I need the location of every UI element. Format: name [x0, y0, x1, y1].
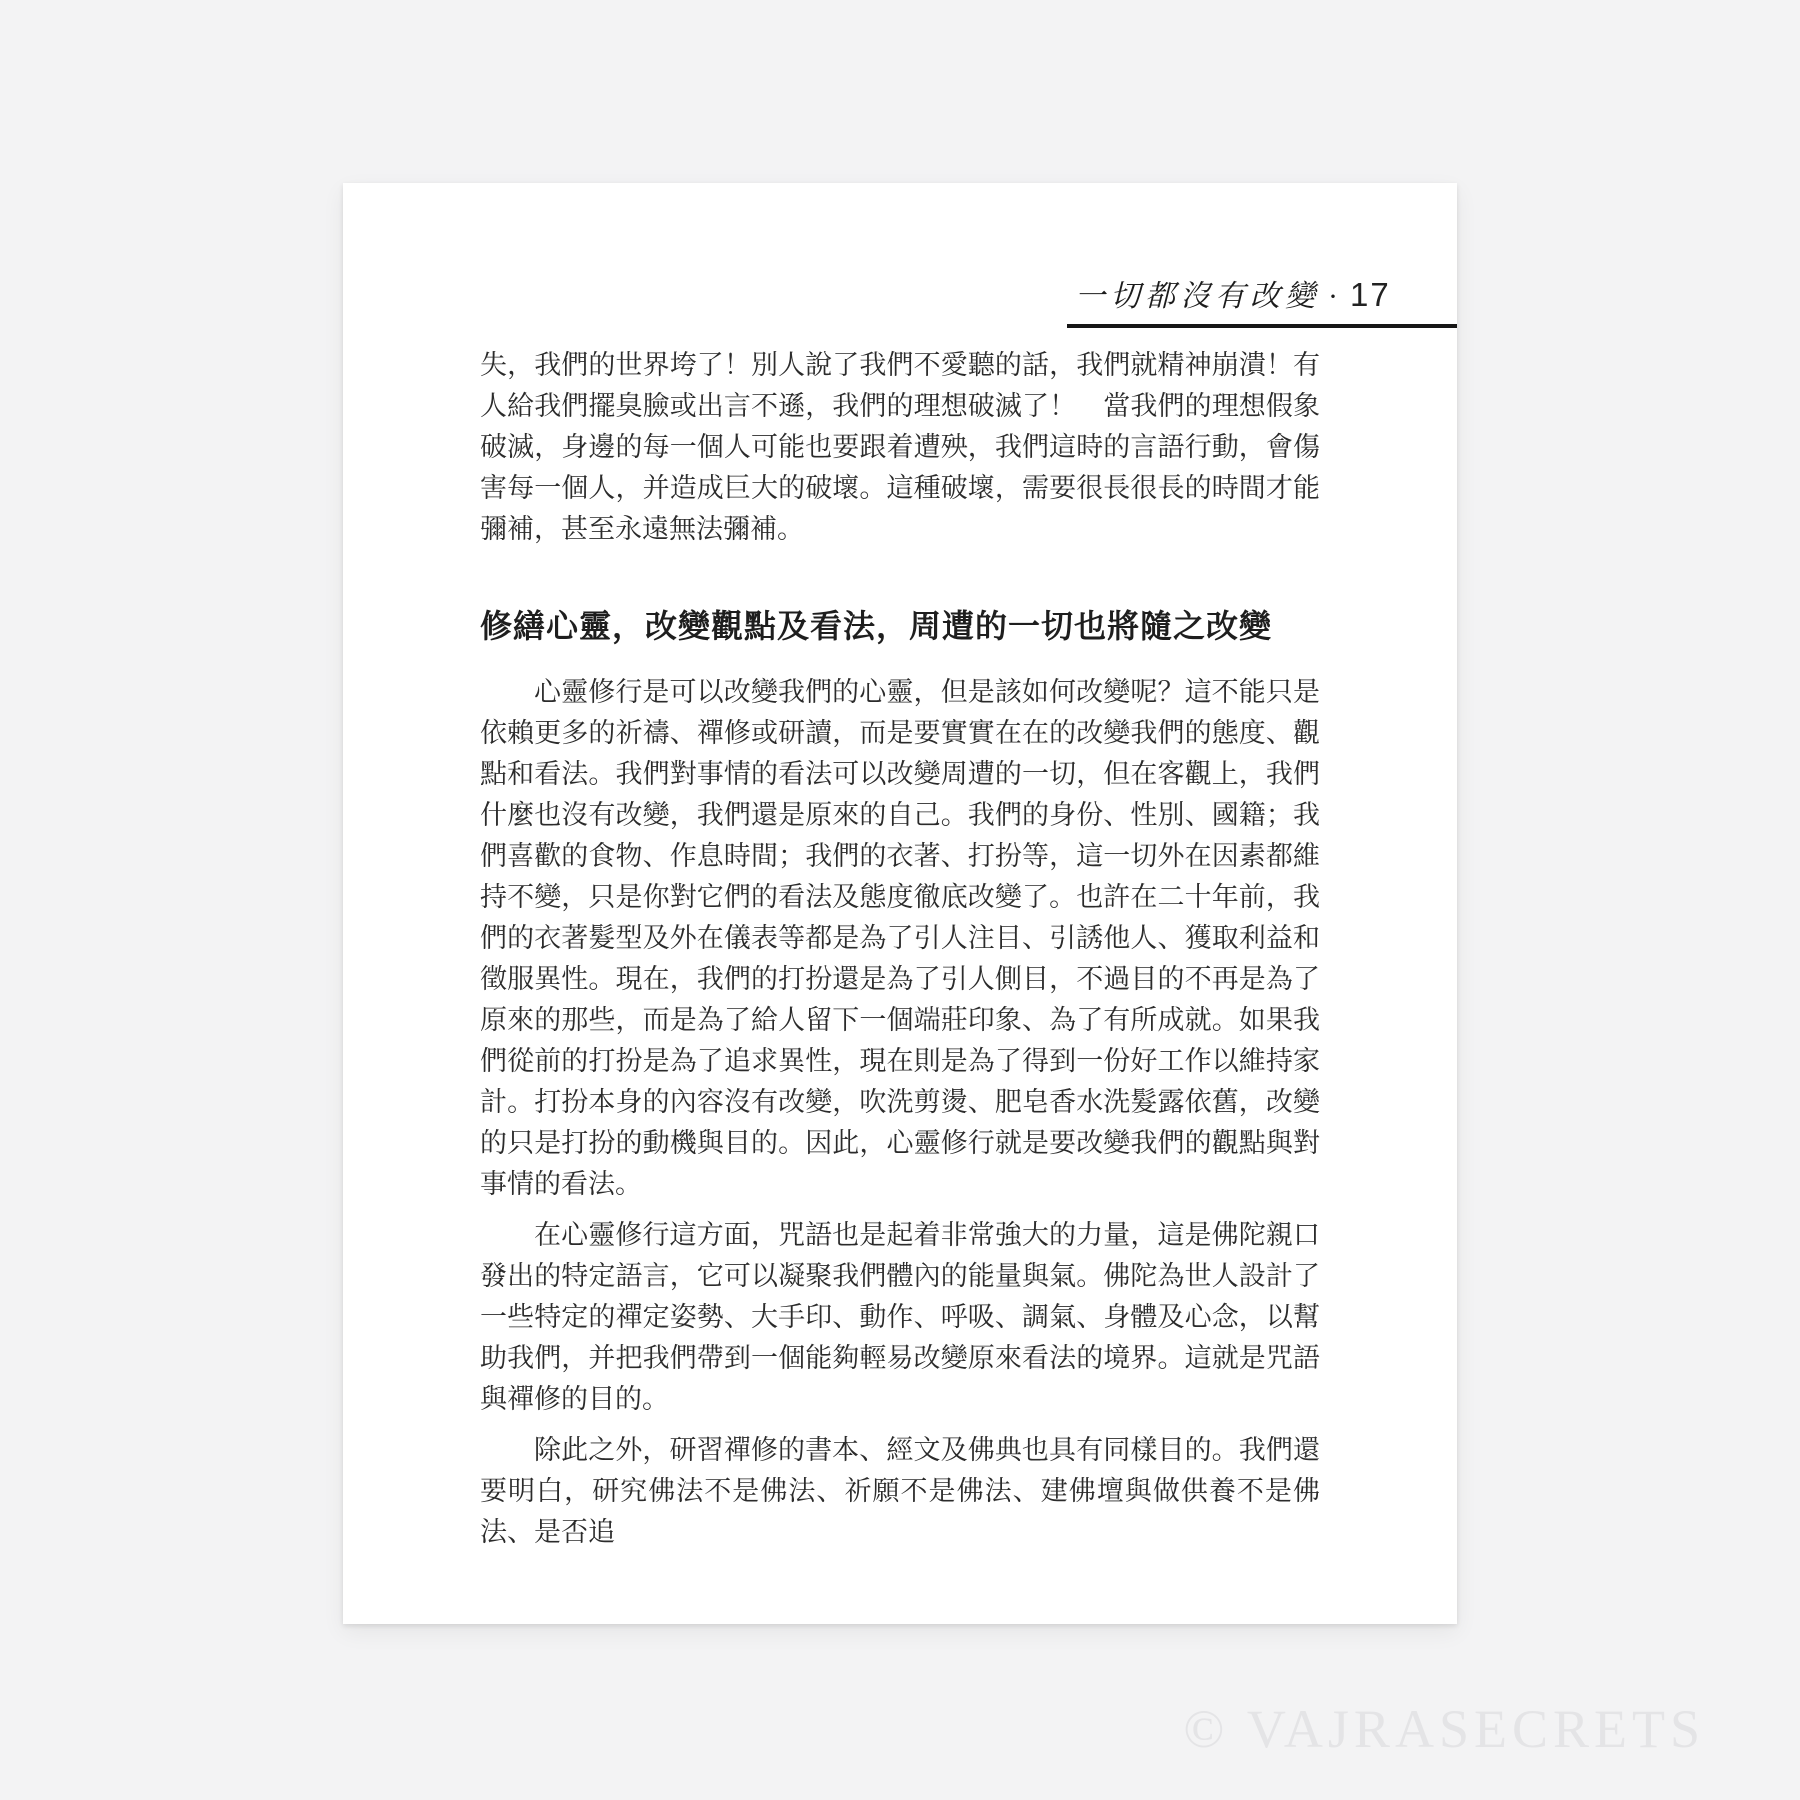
section-heading: 修繕心靈，改變觀點及看法，周遭的一切也將隨之改變 [480, 608, 1320, 644]
paragraph-spiritual-practice: 心靈修行是可以改變我們的心靈，但是該如何改變呢？這不能只是依賴更多的祈禱、禪修或… [480, 672, 1320, 1205]
watermark: © VAJRASECRETS [1183, 1698, 1705, 1760]
paragraph-study: 除此之外，研習禪修的書本、經文及佛典也具有同樣目的。我們還要明白，研究佛法不是佛… [480, 1430, 1320, 1553]
running-header: 一切都沒有改變·17 [1067, 271, 1457, 328]
page-number: 17 [1350, 276, 1391, 313]
running-header-text: 一切都沒有改變·17 [1067, 271, 1457, 328]
book-page: 一切都沒有改變·17 失，我們的世界垮了！別人說了我們不愛聽的話，我們就精神崩潰… [343, 183, 1457, 1624]
paragraph-continuation: 失，我們的世界垮了！別人說了我們不愛聽的話，我們就精神崩潰！有人給我們擺臭臉或出… [480, 345, 1320, 550]
page-content: 失，我們的世界垮了！別人說了我們不愛聽的話，我們就精神崩潰！有人給我們擺臭臉或出… [480, 345, 1320, 1563]
header-separator-dot: · [1328, 280, 1338, 313]
paragraph-mantra: 在心靈修行這方面，咒語也是起着非常強大的力量，這是佛陀親口發出的特定語言，它可以… [480, 1215, 1320, 1420]
running-title: 一切都沒有改變 [1075, 280, 1320, 313]
